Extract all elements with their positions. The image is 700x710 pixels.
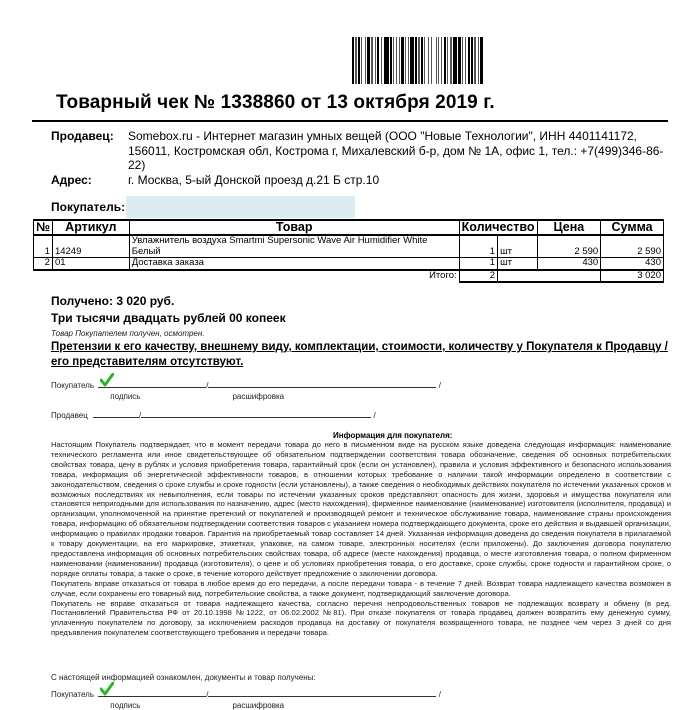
table-row: 2 01 Доставка заказа 1 шт 430 430: [34, 258, 664, 270]
no-claims-statement: Претензии к его качеству, внешнему виду,…: [51, 340, 676, 369]
address-value: г. Москва, 5-ый Донской проезд д.21 Б ст…: [128, 173, 668, 188]
cell-unit: шт: [498, 258, 537, 270]
address-label: Адрес:: [51, 173, 128, 188]
buyer-sign-label: Покупатель: [51, 381, 94, 390]
header-price: Цена: [537, 220, 601, 235]
totals-row: Итого: 2 3 020: [34, 270, 664, 283]
cell-article: 01: [52, 258, 129, 270]
header-product: Товар: [129, 220, 459, 235]
items-table: № Артикул Товар Количество Цена Сумма 1 …: [33, 219, 664, 283]
info-paragraph: Настоящим Покупатель подтверждает, что в…: [51, 440, 671, 579]
cell-product: Увлажнитель воздуха Smartmi Supersonic W…: [129, 235, 459, 258]
buyer-signature-line: Покупатель подпись / расшифровка /: [51, 379, 441, 390]
signature-caption: подпись: [110, 701, 140, 710]
cell-article: 14249: [52, 235, 129, 258]
cell-num: 2: [34, 258, 53, 270]
buyer-label: Покупатель:: [51, 200, 125, 214]
seller-decode-field[interactable]: [141, 409, 371, 418]
info-paragraph: Покупатель не вправе отказаться от товар…: [51, 599, 671, 639]
received-amount: Получено: 3 020 руб.: [51, 294, 174, 308]
totals-sum: 3 020: [601, 270, 664, 283]
checkmark-icon: [100, 373, 114, 387]
buyer-row: Покупатель:: [51, 196, 355, 218]
info-paragraph: Покупатель вправе отказаться от товара в…: [51, 579, 671, 599]
buyer-signature-field[interactable]: подпись: [98, 379, 206, 388]
cell-price: 430: [537, 258, 601, 270]
buyer-decode-field[interactable]: расшифровка: [208, 688, 436, 697]
address-row: Адрес: г. Москва, 5-ый Донской проезд д.…: [51, 173, 668, 188]
buyer-final-signature-line: Покупатель подпись / расшифровка /: [51, 688, 441, 699]
received-note: Товар Покупателем получен, осмотрен.: [51, 329, 205, 338]
document-title: Товарный чек № 1338860 от 13 октября 201…: [56, 92, 495, 114]
cell-sum: 2 590: [601, 235, 664, 258]
totals-qty: 2: [459, 270, 497, 283]
cell-sum: 430: [601, 258, 664, 270]
seller-value: Somebox.ru - Интернет магазин умных веще…: [128, 129, 668, 173]
info-title: Информация для покупателя:: [333, 431, 452, 440]
seller-row: Продавец: Somebox.ru - Интернет магазин …: [51, 129, 668, 173]
table-row: 1 14249 Увлажнитель воздуха Smartmi Supe…: [34, 235, 664, 258]
title-divider: [32, 120, 668, 122]
buyer-field[interactable]: [126, 196, 355, 218]
cell-unit: шт: [498, 235, 537, 258]
cell-price: 2 590: [537, 235, 601, 258]
amount-in-words: Три тысячи двадцать рублей 00 копеек: [51, 311, 286, 325]
header-num: №: [34, 220, 53, 235]
buyer-signature-field[interactable]: подпись: [98, 688, 206, 697]
cell-product: Доставка заказа: [129, 258, 459, 270]
seller-signature-line: Продавец / /: [51, 409, 376, 420]
decode-caption: расшифровка: [232, 392, 284, 401]
signature-caption: подпись: [110, 392, 140, 401]
header-article: Артикул: [52, 220, 129, 235]
acknowledgement: С настоящей информацией ознакомлен, доку…: [51, 673, 316, 682]
buyer-sign-label: Покупатель: [51, 690, 94, 699]
barcode-icon: [352, 37, 584, 84]
header-quantity: Количество: [459, 220, 537, 235]
buyer-decode-field[interactable]: расшифровка: [208, 379, 436, 388]
cell-num: 1: [34, 235, 53, 258]
totals-label: Итого:: [129, 270, 459, 283]
info-text: Настоящим Покупатель подтверждает, что в…: [51, 440, 671, 638]
seller-label: Продавец:: [51, 129, 128, 173]
seller-signature-field[interactable]: [93, 409, 139, 418]
cell-qty: 1: [459, 258, 497, 270]
seller-sign-label: Продавец: [51, 411, 88, 420]
table-header: № Артикул Товар Количество Цена Сумма: [34, 220, 664, 235]
cell-qty: 1: [459, 235, 497, 258]
decode-caption: расшифровка: [232, 701, 284, 710]
checkmark-icon: [100, 682, 114, 696]
header-sum: Сумма: [601, 220, 664, 235]
